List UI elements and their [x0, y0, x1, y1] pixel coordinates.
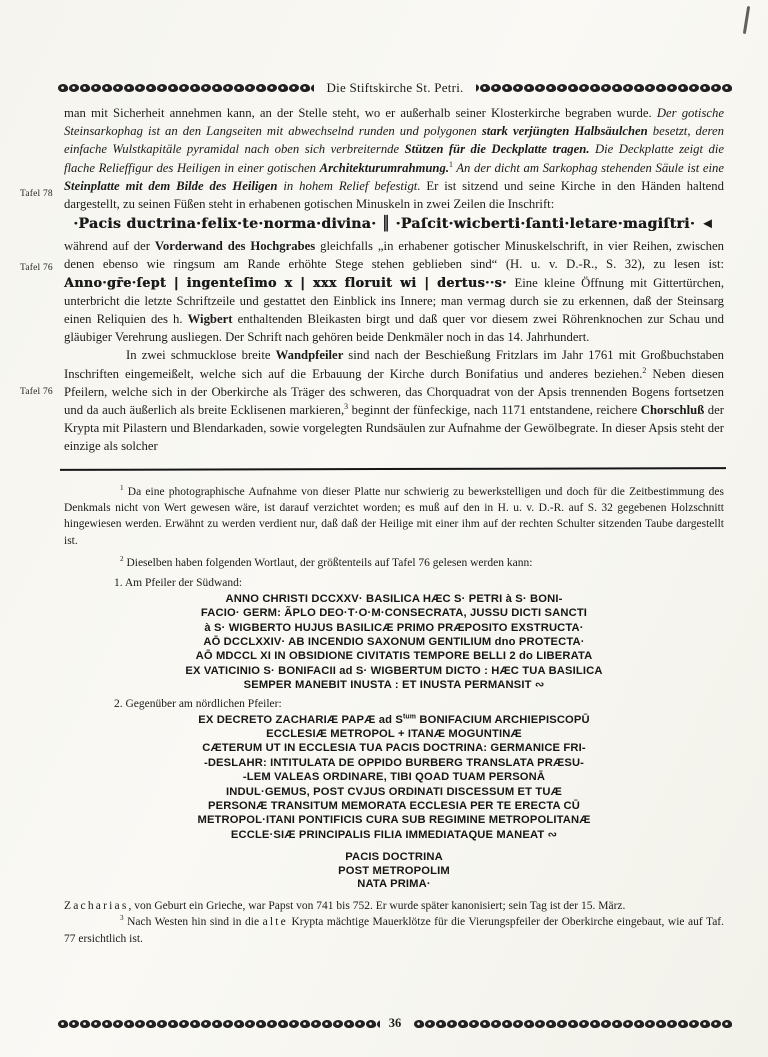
text-run: NATA PRIMA· — [357, 878, 431, 890]
scroll-ornament-icon — [189, 1019, 200, 1028]
scroll-ornament-icon — [167, 83, 178, 92]
scroll-ornament-icon — [491, 84, 502, 93]
scroll-ornament-icon — [135, 84, 146, 93]
scroll-ornament-icon — [589, 83, 600, 92]
inscription-line: AŌ MDCCL XI IN OBSIDIONE CIVITATIS TEMPO… — [64, 649, 724, 663]
text-run: man mit Sicherheit annehmen kann, an der… — [64, 106, 657, 120]
text-column: man mit Sicherheit annehmen kann, an der… — [64, 104, 724, 947]
margin-note-tafel-76-a: Tafel 76 — [20, 263, 53, 273]
inscription-line: AŌ DCCLXXIV· AB INCENDIO SAXONUM GENTILI… — [64, 635, 724, 649]
footnote-2-intro: 2 Dieselben haben folgenden Wortlaut, de… — [64, 555, 724, 571]
scroll-ornament-icon — [79, 1019, 90, 1028]
scroll-ornament-icon — [343, 1019, 354, 1028]
inscription-line: PACIS DOCTRINA — [64, 851, 724, 865]
scroll-ornament-icon — [69, 1019, 80, 1028]
scroll-ornament-icon — [113, 1019, 124, 1028]
text-run: Wandpfeiler — [276, 348, 349, 362]
scroll-ornament-icon — [69, 84, 80, 93]
text-run: Wigbert — [188, 312, 238, 326]
scroll-ornament-icon — [623, 84, 634, 93]
scroll-ornament-icon — [223, 84, 234, 93]
scroll-ornament-icon — [567, 1019, 578, 1028]
scroll-ornament-icon — [611, 1019, 622, 1028]
scroll-ornament-icon — [277, 83, 288, 92]
scroll-ornament-icon — [101, 1019, 112, 1028]
scroll-ornament-icon — [721, 83, 732, 92]
scroll-ornament-icon — [223, 1019, 234, 1028]
scroll-ornament-icon — [711, 1019, 722, 1028]
book-page-scan: Die Stiftskirche St. Petri. Tafel 78 Taf… — [0, 0, 768, 1057]
scroll-ornament-icon — [479, 1019, 490, 1028]
paragraph-hochgrab: während auf der Vorderwand des Hochgrabe… — [64, 237, 724, 346]
scroll-ornament-icon — [689, 84, 700, 93]
text-run: Dieselben haben folgenden Wortlaut, der … — [124, 557, 533, 569]
text-run: PERSONÆ TRANSITUM MEMORATA ECCLESIA PER … — [208, 800, 580, 812]
page-number: 36 — [380, 1016, 411, 1031]
ornament-border-top-left — [58, 82, 314, 94]
scroll-ornament-icon — [289, 1019, 300, 1028]
text-run: während auf der — [64, 239, 155, 253]
inscription-line: NATA PRIMA· — [64, 878, 724, 892]
scroll-ornament-icon — [645, 84, 656, 93]
scroll-ornament-icon — [311, 1019, 322, 1028]
text-run: LIBERATA — [533, 650, 592, 662]
scroll-ornament-icon — [435, 1019, 446, 1028]
inscription-line: POST METROPOLIM — [64, 865, 724, 879]
footnote-separator-rule — [60, 467, 726, 471]
text-run: CÆTERUM UT IN ECCLESIA TUA PACIS DOCTRIN… — [202, 742, 586, 754]
text-run: Architekturumrahmung. — [320, 161, 449, 175]
scroll-ornament-icon — [58, 83, 69, 92]
ornament-border-top-right — [476, 82, 732, 94]
text-run: AŌ MDCCL XI IN OBSIDIONE CIVITATIS TEMPO… — [196, 650, 519, 662]
text-run: METROPOL·ITANI PONTIFICIS CURA SUB REGIM… — [197, 814, 590, 826]
scroll-ornament-icon — [699, 83, 710, 92]
ornament-border-bottom-left — [58, 1018, 380, 1030]
text-run: in hohem Relief befestigt. — [283, 179, 426, 193]
inscription-line: ECCLE·SIÆ PRINCIPALIS FILIA IMMEDIATAQUE… — [64, 828, 724, 842]
text-run: BONIFACIUM ARCHIEPISCOPŪ — [416, 714, 590, 726]
scroll-ornament-icon — [557, 1019, 568, 1028]
scroll-ornament-icon — [79, 83, 90, 92]
scroll-ornament-icon — [333, 1019, 344, 1028]
text-run: ∾ — [548, 828, 558, 841]
scroll-ornament-icon — [321, 1019, 332, 1028]
scroll-ornament-icon — [567, 83, 578, 92]
zacharias-note: Zacharias, von Geburt ein Grieche, war P… — [64, 898, 724, 914]
scroll-ornament-icon — [211, 83, 222, 92]
scroll-ornament-icon — [299, 83, 310, 92]
inscription-list-label-north: 2. Gegenüber am nördlichen Pfeiler: — [114, 698, 724, 710]
scroll-ornament-icon — [579, 1019, 590, 1028]
paragraph-sarcophagus: man mit Sicherheit annehmen kann, an der… — [64, 104, 724, 213]
scroll-ornament-icon — [513, 1019, 524, 1028]
inscription-list-label-south: 1. Am Pfeiler der Südwand: — [114, 577, 724, 589]
margin-note-tafel-78: Tafel 78 — [20, 189, 53, 199]
text-run: INDUL·GEMUS, POST CVJUS ORDINATI DISCESS… — [226, 786, 562, 798]
text-run: ECCLE·SIÆ PRINCIPALIS FILIA IMMEDIATAQUE… — [231, 829, 548, 841]
scroll-ornament-icon — [299, 1019, 310, 1028]
inscription-line: ANNO CHRISTI DCCXXV· BASILICA HÆC S· PET… — [64, 592, 724, 606]
ornament-border-bottom-right — [410, 1018, 732, 1030]
scroll-ornament-icon — [101, 83, 112, 92]
scroll-ornament-icon — [655, 83, 666, 92]
text-run: Da eine photographische Aufnahme von die… — [64, 486, 724, 547]
scroll-ornament-icon — [179, 84, 190, 93]
footnote-3: 3 Nach Westen hin sind in die alte Krypt… — [64, 914, 724, 947]
scroll-ornament-icon — [425, 1019, 436, 1028]
latin-inscription-south-pillar: ANNO CHRISTI DCCXXV· BASILICA HÆC S· PET… — [64, 592, 724, 693]
text-run: ∾ — [535, 678, 545, 691]
text-run: Vorderwand des Hochgrabes — [155, 239, 320, 253]
text-run: Anno·gr̄e·ſept | ingenteſimo x | xxx flo… — [64, 275, 515, 290]
inscription-line: CÆTERUM UT IN ECCLESIA TUA PACIS DOCTRIN… — [64, 741, 724, 755]
scroll-ornament-icon — [58, 1019, 69, 1028]
scroll-ornament-icon — [113, 84, 124, 93]
scroll-ornament-icon — [211, 1019, 222, 1028]
inscription-line: EX VATICINIO S· BONIFACII ad S· WIGBERTU… — [64, 664, 724, 678]
scroll-ornament-icon — [167, 1019, 178, 1028]
scroll-ornament-icon — [179, 1019, 190, 1028]
inscription-line: INDUL·GEMUS, POST CVJUS ORDINATI DISCESS… — [64, 785, 724, 799]
scroll-ornament-icon — [667, 84, 678, 93]
scroll-ornament-icon — [377, 1019, 380, 1028]
page-header: Die Stiftskirche St. Petri. — [58, 80, 732, 96]
scroll-ornament-icon — [233, 83, 244, 92]
text-run: POST METROPOLIM — [338, 865, 450, 877]
scroll-ornament-icon — [689, 1019, 700, 1028]
text-run: SEMPER MANEBIT INUSTA : ET INUSTA PERMAN… — [244, 679, 535, 691]
text-run: PACIS DOCTRINA — [345, 851, 443, 863]
scroll-ornament-icon — [501, 1019, 512, 1028]
scroll-ornament-icon — [677, 83, 688, 92]
text-run: alte — [263, 916, 288, 928]
scroll-ornament-icon — [201, 84, 212, 93]
inscription-line: -LEM VALEAS ORDINARE, TIBI QOAD TUAM PER… — [64, 770, 724, 784]
scroll-ornament-icon — [711, 84, 722, 93]
text-run: -LEM VALEAS ORDINARE, TIBI QOAD TUAM PER… — [243, 771, 545, 783]
scroll-ornament-icon — [623, 1019, 634, 1028]
inscription-line: -DESLAHR: INTITULATA DE OPPIDO BURBERG T… — [64, 756, 724, 770]
scroll-ornament-icon — [91, 84, 102, 93]
text-run: Nach Westen hin sind in die — [124, 916, 263, 928]
scroll-ornament-icon — [645, 1019, 656, 1028]
text-run: à S· WIGBERTO HUJUS BASILICÆ PRIMO PRÆPO… — [204, 622, 583, 634]
scroll-ornament-icon — [491, 1019, 502, 1028]
text-run: -DESLAHR: INTITULATA DE OPPIDO BURBERG T… — [204, 757, 584, 769]
scroll-ornament-icon — [267, 84, 278, 93]
scroll-ornament-icon — [579, 84, 590, 93]
scroll-ornament-icon — [255, 1019, 266, 1028]
inscription-line: SEMPER MANEBIT INUSTA : ET INUSTA PERMAN… — [64, 678, 724, 692]
scroll-ornament-icon — [557, 84, 568, 93]
scroll-ornament-icon — [476, 84, 480, 93]
text-run: AŌ DCCLXXIV· AB INCENDIO SAXONUM GENTILI… — [203, 636, 584, 648]
text-run: , von Geburt ein Grieche, war Papst von … — [129, 900, 626, 912]
text-run: do — [519, 650, 533, 662]
scroll-ornament-icon — [501, 83, 512, 92]
scroll-ornament-icon — [91, 1019, 102, 1028]
scroll-ornament-icon — [189, 83, 200, 92]
paragraph-wandpfeiler: In zwei schmucklose breite Wandpfeiler s… — [64, 346, 724, 455]
scroll-ornament-icon — [699, 1019, 710, 1028]
scroll-ornament-icon — [513, 84, 524, 93]
scroll-ornament-icon — [123, 83, 134, 92]
scroll-ornament-icon — [277, 1019, 288, 1028]
scroll-ornament-icon — [413, 1019, 424, 1028]
text-run: In zwei schmucklose breite — [126, 348, 276, 362]
scroll-ornament-icon — [311, 84, 315, 93]
scroll-ornament-icon — [601, 1019, 612, 1028]
scroll-ornament-icon — [355, 1019, 366, 1028]
gothic-minuscule-inscription: ·Pacis ductrina·felix·te·norma·divina· ║… — [64, 214, 724, 235]
scroll-ornament-icon — [233, 1019, 244, 1028]
scroll-ornament-icon — [157, 84, 168, 93]
scroll-ornament-icon — [545, 1019, 556, 1028]
scroll-ornament-icon — [457, 1019, 468, 1028]
text-run: Chorschluß — [641, 403, 708, 417]
text-run: Steinplatte mit dem Bilde des Heiligen — [64, 179, 283, 193]
footnote-1: 1 Da eine photographische Aufnahme von d… — [64, 484, 724, 550]
scroll-ornament-icon — [655, 1019, 666, 1028]
scroll-ornament-icon — [667, 1019, 678, 1028]
scroll-ornament-icon — [601, 84, 612, 93]
latin-inscription-north-pillar: EX DECRETO ZACHARIÆ PAPÆ ad Stum BONIFAC… — [64, 713, 724, 843]
scan-artifact — [743, 6, 750, 34]
scroll-ornament-icon — [123, 1019, 134, 1028]
inscription-line: à S· WIGBERTO HUJUS BASILICÆ PRIMO PRÆPO… — [64, 621, 724, 635]
scroll-ornament-icon — [479, 83, 490, 92]
scroll-ornament-icon — [677, 1019, 688, 1028]
scroll-ornament-icon — [545, 83, 556, 92]
scroll-ornament-icon — [611, 83, 622, 92]
text-run: ANNO CHRISTI DCCXXV· BASILICA HÆC S· PET… — [226, 593, 563, 605]
text-run: Stützen für die Deckplatte tragen. — [405, 142, 595, 156]
running-title: Die Stiftskirche St. Petri. — [314, 80, 475, 96]
text-run: ·Pacis ductrina·felix·te·norma·divina· ║… — [73, 216, 700, 232]
scroll-ornament-icon — [267, 1019, 278, 1028]
text-run: stark verjüngten Halbsäulchen — [482, 124, 653, 138]
scroll-ornament-icon — [469, 1019, 480, 1028]
scroll-ornament-icon — [255, 83, 266, 92]
footnote-section: 1 Da eine photographische Aufnahme von d… — [64, 484, 724, 948]
text-run: EX DECRETO ZACHARIÆ PAPÆ ad S — [198, 714, 403, 726]
scroll-ornament-icon — [201, 1019, 212, 1028]
text-run: EX VATICINIO S· BONIFACII ad S· WIGBERTU… — [185, 665, 602, 677]
text-run: An der dicht am Sarkophag stehenden Säul… — [453, 161, 724, 175]
scroll-ornament-icon — [633, 1019, 644, 1028]
scroll-ornament-icon — [447, 1019, 458, 1028]
scroll-ornament-icon — [135, 1019, 146, 1028]
margin-note-tafel-76-b: Tafel 76 — [20, 387, 53, 397]
scroll-ornament-icon — [535, 84, 546, 93]
scroll-ornament-icon — [589, 1019, 600, 1028]
scroll-ornament-icon — [535, 1019, 546, 1028]
inscription-closing-lines: PACIS DOCTRINAPOST METROPOLIMNATA PRIMA· — [64, 851, 724, 892]
inscription-line: METROPOL·ITANI PONTIFICIS CURA SUB REGIM… — [64, 813, 724, 827]
text-run: FACIO· GERM: ÃPLO DEO·T·O·M·CONSECRATA, … — [201, 607, 587, 619]
text-run: beginnt der fünfeckige, nach 1171 entsta… — [348, 403, 641, 417]
page-footer: 36 — [58, 1016, 732, 1031]
text-run: tum — [403, 713, 416, 720]
text-run: ◄ — [700, 216, 715, 232]
scroll-ornament-icon — [523, 1019, 534, 1028]
scroll-ornament-icon — [245, 1019, 256, 1028]
scroll-ornament-icon — [245, 84, 256, 93]
scroll-ornament-icon — [721, 1019, 732, 1028]
scroll-ornament-icon — [289, 84, 300, 93]
scroll-ornament-icon — [365, 1019, 376, 1028]
inscription-line: ECCLESIÆ METROPOL + ITANÆ MOGUNTINÆ — [64, 727, 724, 741]
scroll-ornament-icon — [523, 83, 534, 92]
scroll-ornament-icon — [145, 83, 156, 92]
text-run: Zacharias — [64, 900, 129, 912]
inscription-line: FACIO· GERM: ÃPLO DEO·T·O·M·CONSECRATA, … — [64, 606, 724, 620]
text-run: ECCLESIÆ METROPOL + ITANÆ MOGUNTINÆ — [266, 728, 522, 740]
inscription-line: PERSONÆ TRANSITUM MEMORATA ECCLESIA PER … — [64, 799, 724, 813]
inscription-line: EX DECRETO ZACHARIÆ PAPÆ ad Stum BONIFAC… — [64, 713, 724, 727]
scroll-ornament-icon — [145, 1019, 156, 1028]
scroll-ornament-icon — [633, 83, 644, 92]
scroll-ornament-icon — [157, 1019, 168, 1028]
